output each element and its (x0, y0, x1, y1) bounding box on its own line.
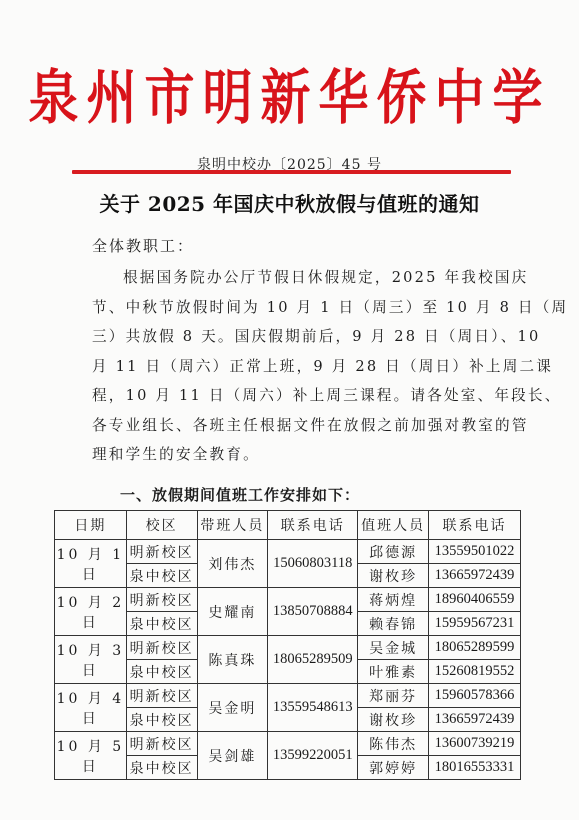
campus-cell: 明新校区 (126, 636, 197, 660)
staff-cell: 邱德源 (358, 540, 429, 564)
staff-phone-cell: 13665972439 (428, 708, 520, 732)
campus-cell: 泉中校区 (126, 660, 197, 684)
campus-cell: 泉中校区 (126, 564, 197, 588)
leader-cell: 刘伟杰 (197, 540, 268, 588)
staff-phone-cell: 18960406559 (428, 588, 520, 612)
header-staff: 值班人员 (358, 511, 429, 540)
campus-cell: 泉中校区 (126, 612, 197, 636)
table-row: 10 月 3 日 明新校区 陈真珠 18065289509 吴金城 180652… (55, 636, 521, 660)
header-campus: 校区 (126, 511, 197, 540)
body-line: 节、中秋节放假时间为 10 月 1 日（周三）至 10 月 8 日（周 (92, 293, 492, 323)
notice-title: 关于 2025 年国庆中秋放假与值班的通知 (0, 188, 579, 217)
table-header-row: 日期 校区 带班人员 联系电话 值班人员 联系电话 (55, 511, 521, 540)
leader-phone-cell: 13559548613 (268, 684, 358, 732)
staff-cell: 陈伟杰 (358, 732, 429, 756)
staff-cell: 吴金城 (358, 636, 429, 660)
campus-cell: 明新校区 (126, 732, 197, 756)
staff-cell: 叶雅素 (358, 660, 429, 684)
header-leader: 带班人员 (197, 511, 268, 540)
body-line: 月 11 日（周六）正常上班，9 月 28 日（周日）补上周二课 (92, 352, 492, 382)
staff-cell: 赖春锦 (358, 612, 429, 636)
leader-cell: 吴金明 (197, 684, 268, 732)
leader-cell: 陈真珠 (197, 636, 268, 684)
body-line: 三）共放假 8 天。国庆假期前后，9 月 28 日（周日）、10 (92, 322, 492, 352)
body-line: 根据国务院办公厅节假日休假规定，2025 年我校国庆 (92, 263, 492, 293)
table-row: 10 月 4 日 明新校区 吴金明 13559548613 郑丽芬 159605… (55, 684, 521, 708)
staff-phone-cell: 15959567231 (428, 612, 520, 636)
campus-cell: 明新校区 (126, 588, 197, 612)
date-cell: 10 月 1 日 (55, 540, 127, 588)
staff-cell: 谢枚珍 (358, 564, 429, 588)
table-row: 10 月 2 日 明新校区 史耀南 13850708884 蒋炳煌 189604… (55, 588, 521, 612)
staff-cell: 郭婷婷 (358, 756, 429, 780)
school-masthead: 泉州市明新华侨中学 (0, 60, 579, 136)
table-row: 10 月 5 日 明新校区 吴剑雄 13599220051 陈伟杰 136007… (55, 732, 521, 756)
date-cell: 10 月 2 日 (55, 588, 127, 636)
staff-phone-cell: 13665972439 (428, 564, 520, 588)
leader-phone-cell: 13850708884 (268, 588, 358, 636)
red-divider-line (72, 170, 511, 174)
body-line: 理和学生的安全教育。 (92, 440, 492, 470)
leader-cell: 吴剑雄 (197, 732, 268, 780)
table-row: 10 月 1 日 明新校区 刘伟杰 15060803118 邱德源 135595… (55, 540, 521, 564)
header-date: 日期 (55, 511, 127, 540)
staff-phone-cell: 18065289599 (428, 636, 520, 660)
body-line: 程，10 月 11 日（周六）补上周三课程。请各处室、年段长、 (92, 381, 492, 411)
staff-phone-cell: 15260819552 (428, 660, 520, 684)
staff-phone-cell: 18016553331 (428, 756, 520, 780)
leader-phone-cell: 15060803118 (268, 540, 358, 588)
leader-phone-cell: 18065289509 (268, 636, 358, 684)
campus-cell: 明新校区 (126, 684, 197, 708)
staff-cell: 郑丽芬 (358, 684, 429, 708)
campus-cell: 泉中校区 (126, 756, 197, 780)
salutation: 全体教职工： (92, 235, 194, 256)
campus-cell: 泉中校区 (126, 708, 197, 732)
body-line: 各专业组长、各班主任根据文件在放假之前加强对教室的管 (92, 411, 492, 441)
date-cell: 10 月 5 日 (55, 732, 127, 780)
date-cell: 10 月 4 日 (55, 684, 127, 732)
campus-cell: 明新校区 (126, 540, 197, 564)
notice-body: 根据国务院办公厅节假日休假规定，2025 年我校国庆 节、中秋节放假时间为 10… (92, 263, 492, 470)
staff-phone-cell: 13600739219 (428, 732, 520, 756)
staff-cell: 谢枚珍 (358, 708, 429, 732)
staff-cell: 蒋炳煌 (358, 588, 429, 612)
staff-phone-cell: 13559501022 (428, 540, 520, 564)
header-staff-phone: 联系电话 (428, 511, 520, 540)
header-leader-phone: 联系电话 (268, 511, 358, 540)
duty-schedule-table: 日期 校区 带班人员 联系电话 值班人员 联系电话 10 月 1 日 明新校区 … (54, 510, 521, 780)
section-heading: 一、放假期间值班工作安排如下： (120, 484, 360, 505)
staff-phone-cell: 15960578366 (428, 684, 520, 708)
leader-phone-cell: 13599220051 (268, 732, 358, 780)
date-cell: 10 月 3 日 (55, 636, 127, 684)
leader-cell: 史耀南 (197, 588, 268, 636)
